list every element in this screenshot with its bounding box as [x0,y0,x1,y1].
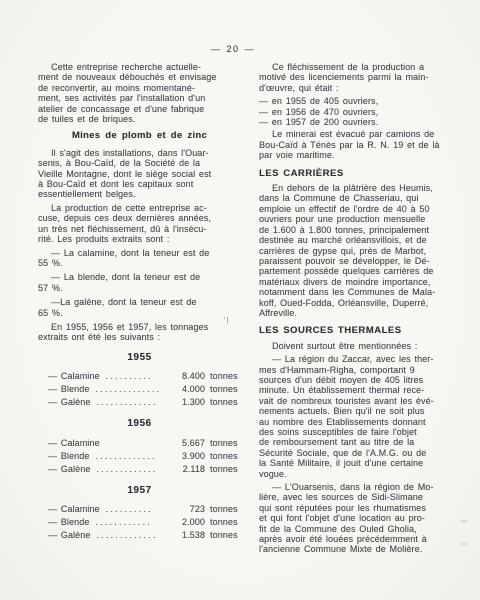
print-artifact: '| [224,315,229,325]
tonnage-row: — Calamine .......... 8.400 tonnes [38,370,241,383]
tonnage-value: 3.900 [172,450,205,463]
mineral-name: — Blende [48,450,89,463]
tonnage-unit: tonnes [210,529,241,542]
scanned-document-page: — 20 — Cette entreprise recherche actuel… [0,0,480,600]
tonnage-value: 2.118 [172,463,205,476]
leader-dots: ............. [96,529,169,542]
tonnage-unit: tonnes [210,503,241,516]
tonnage-value: 4.000 [172,383,205,396]
tonnage-table-1956: 1956 — Calamine 5.667 tonnes — Blende ..… [38,419,241,475]
teneur-item-blende: — La blende, dont la teneur est de 57 %. [38,272,241,293]
mineral-name: — Calamine [48,370,100,383]
bleed-mark [461,520,467,522]
tonnage-unit: tonnes [210,463,241,476]
tonnage-unit: tonnes [210,370,241,383]
paragraph-ouarsenis-sidi-slimane: — L'Ouarsenis, dans la région de Mo- liè… [259,482,462,555]
paragraph-tonnages-intro: En 1955, 1956 et 1957, les tonnages extr… [38,322,241,343]
leader-dots: ............. [95,450,169,463]
tonnage-table-1955: 1955 — Calamine .......... 8.400 tonnes … [38,353,241,409]
left-column: Cette entreprise recherche actuelle- men… [38,62,241,558]
year-heading-1957: 1957 [38,486,241,496]
paragraph-carrieres: En dehors de la plâtrière des Heumis, da… [259,183,462,318]
tonnage-row: — Galène ............. 1.538 tonnes [38,529,241,542]
heading-les-sources-thermales: LES SOURCES THERMALES [259,326,462,336]
tonnage-unit: tonnes [210,396,241,409]
tonnage-table-1957: 1957 — Calamine .......... 723 tonnes — … [38,486,241,542]
tonnage-row: — Blende ............. 3.900 tonnes [38,450,241,463]
tonnage-value: 1.538 [172,529,205,542]
teneur-item-galene: —La galène, dont la teneur est de 65 %. [38,297,241,318]
mineral-name: — Blende [48,516,89,529]
paragraph-production-flechissement: La production de cette entreprise ac- cu… [38,203,241,245]
tonnage-unit: tonnes [210,383,241,396]
paragraph-zaccar-hammam-righa: — La région du Zaccar, avec les ther- me… [259,354,462,479]
tonnage-value: 1.300 [172,396,205,409]
right-column: Ce fléchissement de la production a moti… [259,62,462,558]
tonnage-value: 5.667 [172,437,205,450]
year-heading-1956: 1956 [38,419,241,429]
bleed-mark [461,543,467,545]
paragraph-mentionnees: Doivent surtout être mentionnées : [259,341,462,351]
mineral-name: — Galène [48,529,90,542]
mineral-name: — Calamine [48,437,100,450]
year-heading-1955: 1955 [38,353,241,363]
teneur-item-calamine: — La calamine, dont la teneur est de 55 … [38,248,241,269]
two-column-layout: Cette entreprise recherche actuelle- men… [38,62,462,558]
tonnage-row: — Calamine .......... 723 tonnes [38,503,241,516]
paragraph-licenciements: Ce fléchissement de la production a moti… [259,62,462,93]
leader-dots: ............. [96,463,169,476]
tonnage-row: — Calamine 5.667 tonnes [38,437,241,450]
leader-dots: .......... [106,370,169,383]
page-number: — 20 — [0,44,466,54]
paragraph-evacuation-minerai: Le minerai est évacué par camions de Bou… [259,129,462,160]
tonnage-row: — Blende .............. 4.000 tonnes [38,383,241,396]
list-effectifs-ouvriers: — en 1955 de 405 ouvriers, — en 1956 de … [259,96,462,127]
tonnage-unit: tonnes [210,450,241,463]
leader-dots: .......... [106,503,169,516]
leader-dots: ............. [96,396,169,409]
mineral-name: — Blende [48,383,89,396]
mineral-name: — Galène [48,463,90,476]
tonnage-row: — Galène ............. 1.300 tonnes [38,396,241,409]
paragraph-entreprise-reconversion: Cette entreprise recherche actuelle- men… [38,62,241,124]
tonnage-value: 2.000 [172,516,205,529]
heading-mines-plomb-zinc: Mines de plomb et de zinc [38,131,241,141]
mineral-name: — Calamine [48,503,100,516]
mineral-name: — Galène [48,396,90,409]
leader-dots: ............ [95,516,169,529]
tonnage-row: — Blende ............ 2.000 tonnes [38,516,241,529]
heading-les-carrieres: LES CARRIÈRES [259,169,462,179]
tonnage-unit: tonnes [210,437,241,450]
paragraph-installations-ouarsenis: Il s'agit des installations, dans l'Ouar… [38,148,241,200]
tonnage-value: 8.400 [172,370,205,383]
tonnage-unit: tonnes [210,516,241,529]
leader-dots: .............. [95,383,169,396]
tonnage-value: 723 [172,503,205,516]
tonnage-row: — Galène ............. 2.118 tonnes [38,463,241,476]
